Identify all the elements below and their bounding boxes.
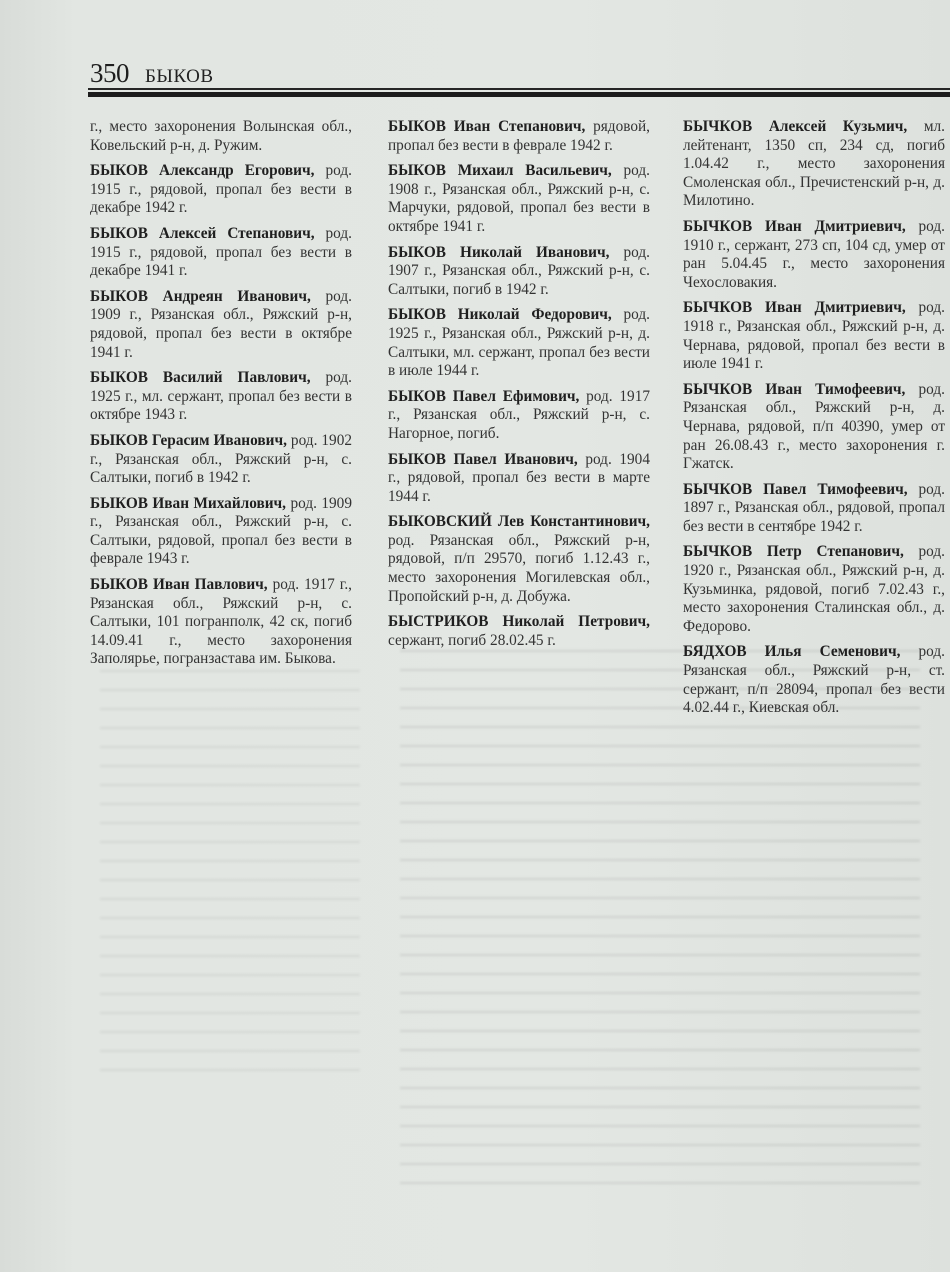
header-rule-thin <box>88 88 950 90</box>
entry: БЫКОВ Андреян Иванович, род. 1909 г., Ря… <box>90 288 352 362</box>
entry: БЫКОВ Александр Егорович, род. 1915 г., … <box>90 162 352 218</box>
entry: БЫКОВ Герасим Иванович, род. 1902 г., Ря… <box>90 432 352 488</box>
entry-name: БЫЧКОВ Иван Тимофеевич, <box>683 381 905 398</box>
column-3: БЫЧКОВ Алексей Кузьмич, мл. лейтенант, 1… <box>683 118 945 725</box>
entry: БЫКОВ Иван Степанович, рядовой, пропал б… <box>388 118 650 155</box>
page-number: 350 <box>90 58 129 89</box>
header-rule-thick <box>88 92 950 97</box>
entry: БЫКОВ Иван Павлович, род. 1917 г., Рязан… <box>90 576 352 669</box>
entry: БЫКОВ Василий Павлович, род. 1925 г., мл… <box>90 369 352 425</box>
entry-name: БЫКОВ Иван Михайлович, <box>90 495 286 512</box>
entry-name: БЫКОВ Алексей Степанович, <box>90 225 315 242</box>
entry-name: БЯДХОВ Илья Семенович, <box>683 643 900 660</box>
entry-text: сержант, погиб 28.02.45 г. <box>388 632 556 649</box>
column-2: БЫКОВ Иван Степанович, рядовой, пропал б… <box>388 118 650 657</box>
entry: БЫКОВ Михаил Васильевич, род. 1908 г., Р… <box>388 162 650 236</box>
entry: БЫЧКОВ Петр Степанович, род. 1920 г., Ря… <box>683 543 945 636</box>
entry: БЫЧКОВ Иван Дмитриевич, род. 1910 г., се… <box>683 218 945 292</box>
entry: БЫКОВ Павел Иванович, род. 1904 г., рядо… <box>388 451 650 507</box>
entry-name: БЫКОВ Павел Иванович, <box>388 451 578 468</box>
entry: БЯДХОВ Илья Семенович, род. Рязанская об… <box>683 643 945 717</box>
entry-name: БЫСТРИКОВ Николай Петрович, <box>388 613 650 630</box>
entry: БЫКОВ Николай Федорович, род. 1925 г., Р… <box>388 306 650 380</box>
entry: БЫКОВ Николай Иванович, род. 1907 г., Ря… <box>388 244 650 300</box>
entry-name: БЫКОВ Василий Павлович, <box>90 369 311 386</box>
running-head: БЫКОВ <box>145 66 214 88</box>
entry: БЫКОВ Иван Михайлович, род. 1909 г., Ряз… <box>90 495 352 569</box>
entry-name: БЫЧКОВ Алексей Кузьмич, <box>683 118 907 135</box>
entry-name: БЫКОВ Иван Степанович, <box>388 118 585 135</box>
entry-name: БЫКОВ Андреян Иванович, <box>90 288 311 305</box>
book-page: 350 БЫКОВ г., место захоронения Волынска… <box>0 0 950 1272</box>
column-1: г., место захоронения Волынская обл., Ко… <box>90 118 352 676</box>
entry-text: г., место захоронения Волынская обл., Ко… <box>90 118 352 154</box>
entry-name: БЫКОВ Николай Иванович, <box>388 244 609 261</box>
entry: г., место захоронения Волынская обл., Ко… <box>90 118 352 155</box>
entry-name: БЫКОВ Александр Егорович, <box>90 162 314 179</box>
bleed-through-text <box>100 660 360 1080</box>
entry-name: БЫКОВ Николай Федорович, <box>388 306 612 323</box>
entry-name: БЫЧКОВ Павел Тимофеевич, <box>683 481 908 498</box>
entry: БЫЧКОВ Алексей Кузьмич, мл. лейтенант, 1… <box>683 118 945 211</box>
entry-name: БЫКОВ Павел Ефимович, <box>388 388 579 405</box>
entry-name: БЫКОВ Иван Павлович, <box>90 576 268 593</box>
entry-text: род. Рязанская обл., Ряжский р-н, рядово… <box>388 532 650 605</box>
entry-name: БЫЧКОВ Иван Дмитриевич, <box>683 218 906 235</box>
entry-name: БЫЧКОВ Петр Степанович, <box>683 543 904 560</box>
page-header: 350 БЫКОВ <box>90 58 214 89</box>
entry: БЫЧКОВ Иван Дмитриевич, род. 1918 г., Ря… <box>683 299 945 373</box>
entry-name: БЫКОВ Михаил Васильевич, <box>388 162 612 179</box>
entry: БЫКОВ Алексей Степанович, род. 1915 г., … <box>90 225 352 281</box>
entry: БЫЧКОВ Павел Тимофеевич, род. 1897 г., Р… <box>683 481 945 537</box>
entry-name: БЫЧКОВ Иван Дмитриевич, <box>683 299 906 316</box>
entry: БЫСТРИКОВ Николай Петрович, сержант, пог… <box>388 613 650 650</box>
entry: БЫКОВ Павел Ефимович, род. 1917 г., Ряза… <box>388 388 650 444</box>
entry: БЫКОВСКИЙ Лев Константинович, род. Рязан… <box>388 513 650 606</box>
entry: БЫЧКОВ Иван Тимофеевич, род. Рязанская о… <box>683 381 945 474</box>
entry-name: БЫКОВСКИЙ Лев Константинович, <box>388 513 650 530</box>
entry-name: БЫКОВ Герасим Иванович, <box>90 432 287 449</box>
